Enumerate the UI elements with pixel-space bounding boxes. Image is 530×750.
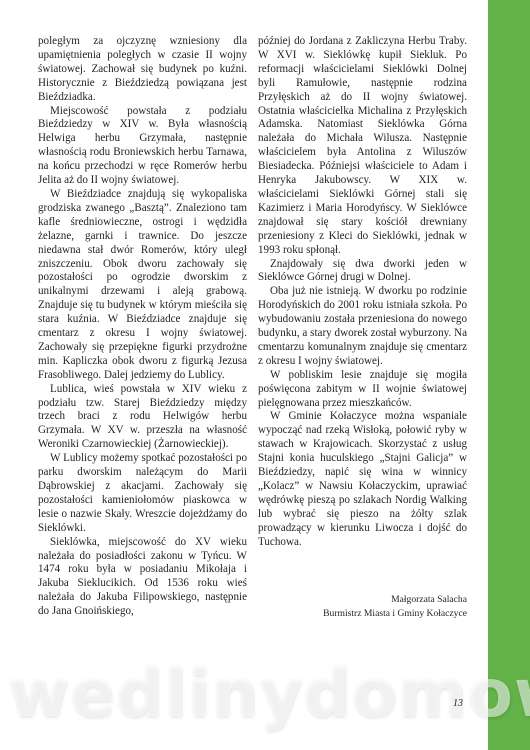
paragraph: W Gminie Kołaczyce można wspaniale wypoc… <box>258 410 467 549</box>
paragraph: Znajdowały się dwa dworki jeden w Siekló… <box>258 258 467 286</box>
page-number: 13 <box>453 698 463 709</box>
paragraph: Sieklówka, miejscowość do XV wieku należ… <box>38 536 247 619</box>
paragraph: później do Jordana z Zakliczyna Herbu Tr… <box>258 35 467 258</box>
signature-name: Małgorzata Salacha <box>258 593 467 607</box>
paragraph: Miejscowość powstała z podziału Bieździe… <box>38 105 247 188</box>
signature-block: Małgorzata Salacha Burmistrz Miasta i Gm… <box>258 593 467 621</box>
watermark: wedlinydomowe.pl <box>0 655 530 732</box>
paragraph: poległym za ojczyznę wzniesiony dla upam… <box>38 35 247 105</box>
right-text-column: później do Jordana z Zakliczyna Herbu Tr… <box>258 35 467 550</box>
paragraph: Oba już nie istnieją. W dworku po rodzin… <box>258 285 467 368</box>
paragraph: W Bieździadce znajdują się wykopaliska g… <box>38 188 247 383</box>
paragraph: W Lublicy możemy spotkać pozostałości po… <box>38 452 247 535</box>
left-text-column: poległym za ojczyznę wzniesiony dla upam… <box>38 35 247 619</box>
paragraph: Lublica, wieś powstała w XIV wieku z pod… <box>38 383 247 453</box>
green-side-bar <box>488 0 530 750</box>
paragraph: W pobliskim lesie znajduje się mogiła po… <box>258 369 467 411</box>
signature-title: Burmistrz Miasta i Gminy Kołaczyce <box>258 607 467 621</box>
